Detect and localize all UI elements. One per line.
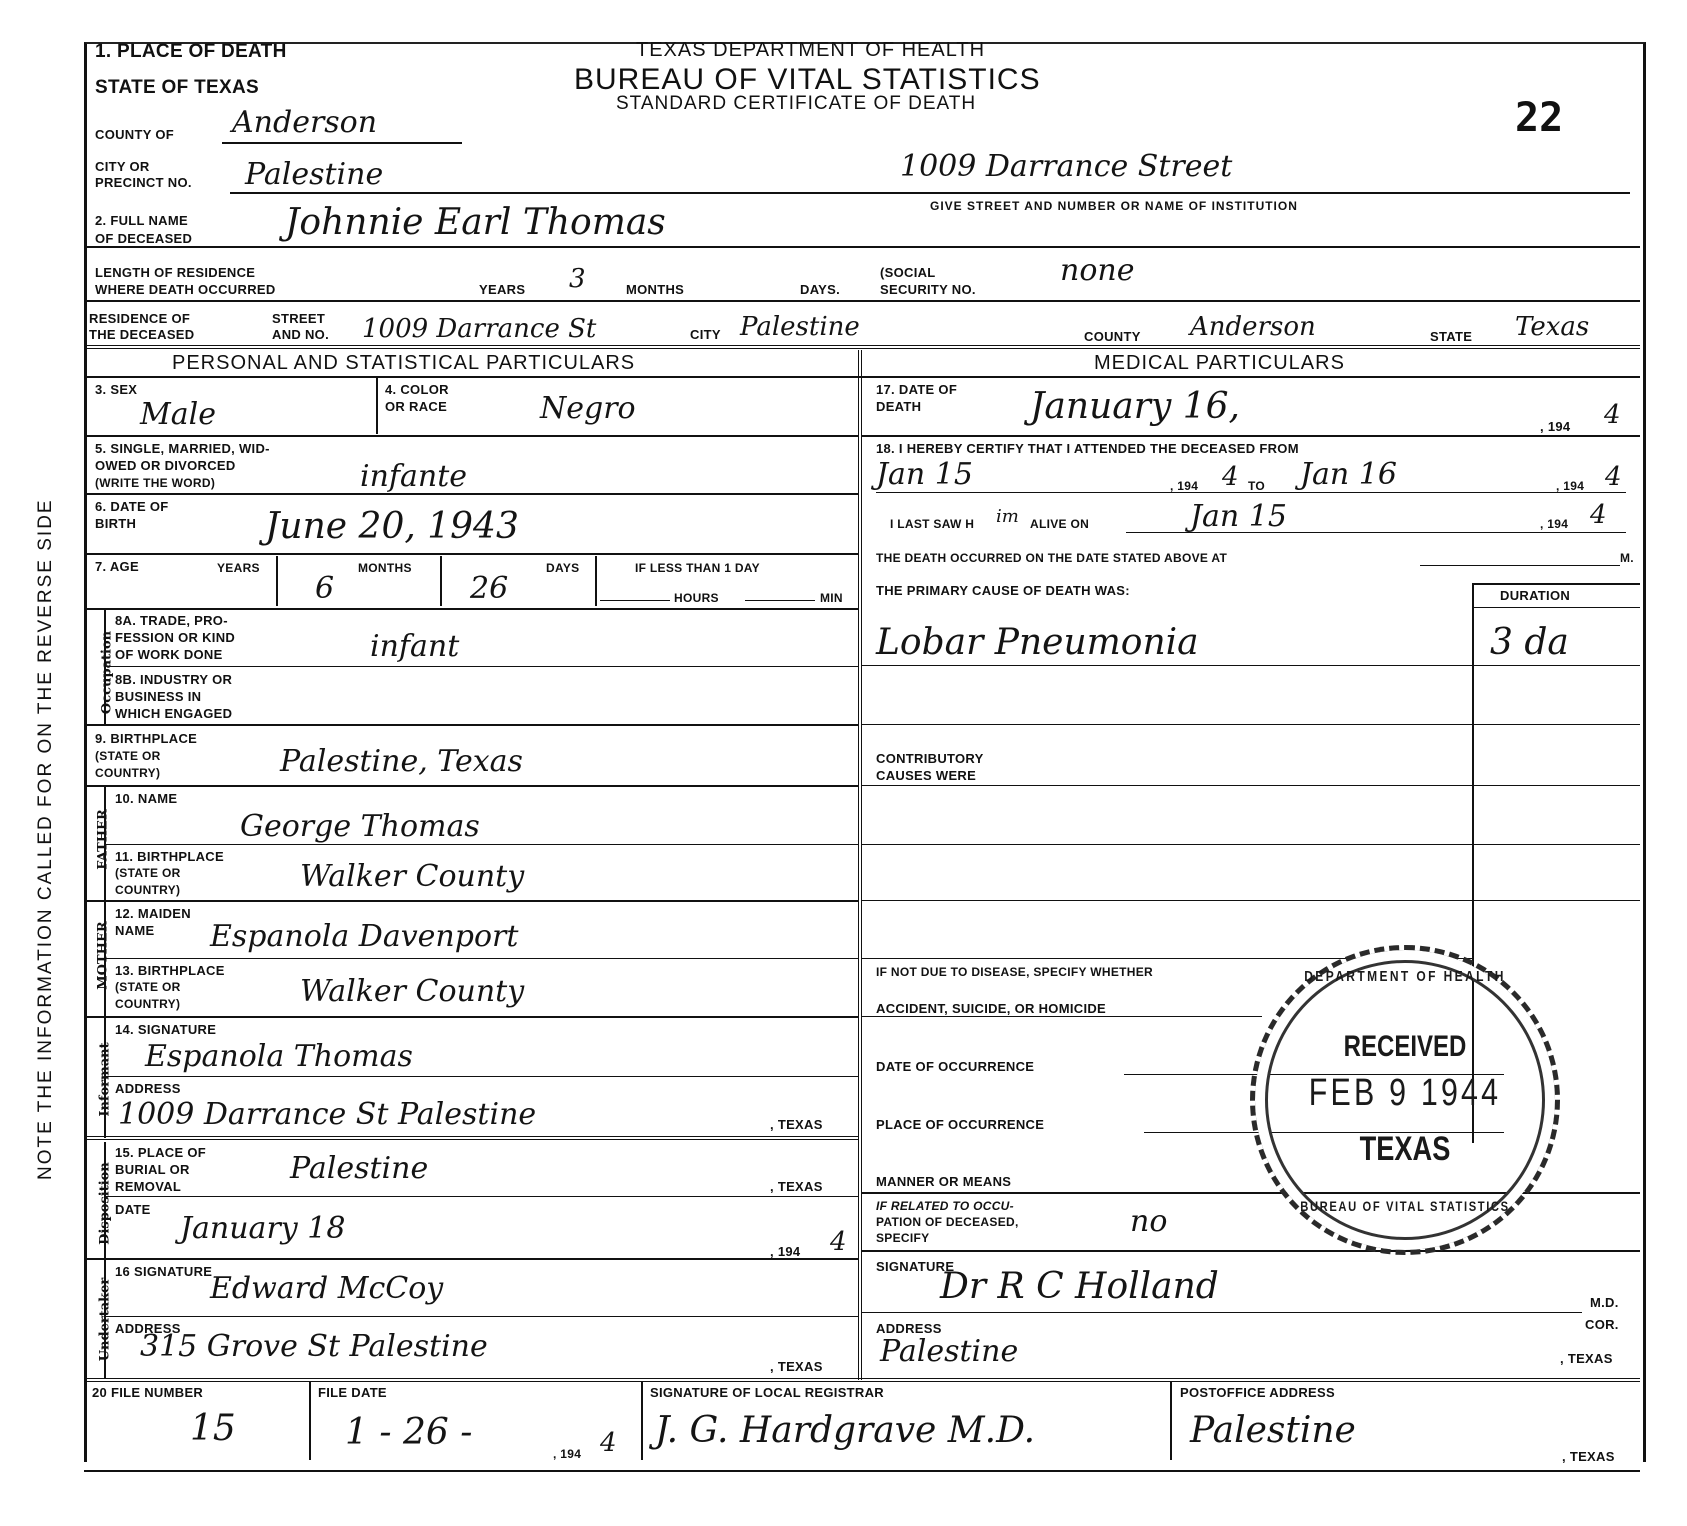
undertaker-signature-value[interactable]: Edward McCoy <box>210 1272 443 1306</box>
agency-title: TEXAS DEPARTMENT OF HEALTH <box>636 42 985 58</box>
stamp-date: FEB 9 1944 <box>1285 1072 1525 1115</box>
stamp-ring-top: DEPARTMENT OF HEALTH <box>1285 968 1525 985</box>
birthplace-label-2: (STATE OR <box>95 750 161 763</box>
age-min-label: MIN <box>820 592 843 605</box>
full-name-label-1: 2. FULL NAME <box>95 214 188 228</box>
stamp-received: RECEIVED <box>1285 1030 1525 1064</box>
age-months-value[interactable]: 6 <box>315 572 334 606</box>
stamp-state: TEXAS <box>1285 1130 1525 1169</box>
burial-date-value[interactable]: January 18 <box>180 1212 345 1246</box>
industry-label-2: BUSINESS IN <box>115 690 201 704</box>
cor-label: COR. <box>1585 1318 1619 1332</box>
industry-label-3: WHICH ENGAGED <box>115 707 232 721</box>
days-label: DAYS. <box>800 283 840 297</box>
personal-section-title: PERSONAL AND STATISTICAL PARTICULARS <box>172 352 635 375</box>
md-label: M.D. <box>1590 1296 1619 1310</box>
not-disease-label: IF NOT DUE TO DISEASE, SPECIFY WHETHER <box>876 966 1153 979</box>
attended-from-year-value[interactable]: 4 <box>1222 460 1239 494</box>
informant-texas-suffix: , TEXAS <box>770 1118 823 1132</box>
postoffice-label: POSTOFFICE ADDRESS <box>1180 1386 1335 1400</box>
registrar-signature-value[interactable]: J. G. Hardgrave M.D. <box>655 1414 1035 1448</box>
city-label-1: CITY OR <box>95 160 150 174</box>
street-caption: GIVE STREET AND NUMBER OR NAME OF INSTIT… <box>930 200 1298 213</box>
postoffice-texas-suffix: , TEXAS <box>1562 1450 1615 1464</box>
sex-label: 3. SEX <box>95 383 137 397</box>
certificate-number: 22 <box>1515 95 1563 141</box>
file-number-value[interactable]: 15 <box>190 1412 236 1446</box>
last-saw-year-prefix: , 194 <box>1540 518 1568 531</box>
stamp-ring-bottom: BUREAU OF VITAL STATISTICS <box>1285 1198 1525 1214</box>
death-date-value[interactable]: January 16, <box>1030 390 1240 424</box>
trade-value[interactable]: infant <box>370 630 459 664</box>
burial-year-value[interactable]: 4 <box>830 1225 847 1259</box>
industry-label-1: 8B. INDUSTRY OR <box>115 673 232 687</box>
file-date-value[interactable]: 1 - 26 - <box>345 1416 472 1450</box>
burial-label-1: 15. PLACE OF <box>115 1146 206 1160</box>
age-days-label: DAYS <box>546 562 579 575</box>
attended-to-value[interactable]: Jan 16 <box>1300 458 1397 492</box>
race-label-1: 4. COLOR <box>385 383 449 397</box>
medical-section-title: MEDICAL PARTICULARS <box>1094 352 1345 375</box>
occurrence-place-label: PLACE OF OCCURRENCE <box>876 1118 1044 1132</box>
age-days-value[interactable]: 26 <box>470 572 508 606</box>
full-name-label-2: OF DECEASED <box>95 232 192 246</box>
months-value[interactable]: 3 <box>569 262 586 296</box>
birthplace-label-3: COUNTRY) <box>95 767 160 780</box>
county-value[interactable]: Anderson <box>232 106 377 140</box>
father-birthplace-label-2: (STATE OR <box>115 867 181 880</box>
mother-maiden-label-2: NAME <box>115 924 154 938</box>
burial-year-prefix: , 194 <box>770 1245 800 1259</box>
informant-address-value[interactable]: 1009 Darrance St Palestine <box>118 1098 536 1132</box>
duration-label: DURATION <box>1500 589 1570 603</box>
dob-label-2: BIRTH <box>95 517 136 531</box>
occurrence-date-label: DATE OF OCCURRENCE <box>876 1060 1034 1074</box>
residence-length-label-1: LENGTH OF RESIDENCE <box>95 266 255 280</box>
last-saw-year-value[interactable]: 4 <box>1590 498 1607 532</box>
occupation-section-label: Occupation <box>100 628 115 718</box>
file-date-year-prefix: , 194 <box>553 1448 581 1461</box>
marital-value[interactable]: infante <box>360 460 467 494</box>
residence-label-2: THE DECEASED <box>89 328 194 342</box>
undertaker-signature-label: 16 SIGNATURE <box>115 1265 212 1279</box>
street-label-1: STREET <box>272 312 325 326</box>
mother-birthplace-label-2: (STATE OR <box>115 981 181 994</box>
burial-date-label: DATE <box>115 1203 151 1217</box>
death-street-value[interactable]: 1009 Darrance Street <box>900 150 1232 184</box>
received-stamp: DEPARTMENT OF HEALTH RECEIVED FEB 9 1944… <box>1250 945 1560 1255</box>
reverse-side-note: NOTE THE INFORMATION CALLED FOR ON THE R… <box>38 498 54 1180</box>
months-label: MONTHS <box>626 283 684 297</box>
contributory-label-2: CAUSES WERE <box>876 769 976 783</box>
manner-label: MANNER OR MEANS <box>876 1175 1011 1189</box>
physician-address-value[interactable]: Palestine <box>880 1335 1018 1369</box>
death-time-suffix: M. <box>1620 552 1634 565</box>
form-title: STANDARD CERTIFICATE OF DEATH <box>616 96 976 112</box>
street-label-2: AND NO. <box>272 328 329 342</box>
age-label: 7. AGE <box>95 560 139 574</box>
deceased-name-value[interactable]: Johnnie Earl Thomas <box>285 206 666 240</box>
county-of-label: COUNTY OF <box>95 128 174 142</box>
occupation-related-label-1: IF RELATED TO OCCU- <box>876 1200 1014 1213</box>
trade-label-1: 8A. TRADE, PRO- <box>115 614 228 628</box>
years-label: YEARS <box>479 283 525 297</box>
mother-maiden-value[interactable]: Espanola Davenport <box>210 920 518 954</box>
primary-cause-value[interactable]: Lobar Pneumonia <box>876 626 1199 660</box>
death-time-label: THE DEATH OCCURRED ON THE DATE STATED AB… <box>876 552 1227 565</box>
residence-state-label: STATE <box>1430 330 1472 344</box>
trade-label-3: OF WORK DONE <box>115 648 223 662</box>
burial-place-value[interactable]: Palestine <box>290 1152 428 1186</box>
ssn-label-1: (SOCIAL <box>880 266 936 280</box>
ssn-value[interactable]: none <box>1060 254 1134 288</box>
ssn-label-2: SECURITY NO. <box>880 283 976 297</box>
burial-label-3: REMOVAL <box>115 1180 181 1194</box>
postoffice-value[interactable]: Palestine <box>1190 1414 1356 1448</box>
residence-county-label: COUNTY <box>1084 330 1141 344</box>
age-months-label: MONTHS <box>358 562 412 575</box>
residence-state-value[interactable]: Texas <box>1515 310 1589 344</box>
city-label-2: PRECINCT NO. <box>95 176 192 190</box>
file-number-label: 20 FILE NUMBER <box>92 1386 203 1400</box>
bureau-title: BUREAU OF VITAL STATISTICS <box>574 64 1041 96</box>
mother-birthplace-label-1: 13. BIRTHPLACE <box>115 964 225 978</box>
city-value[interactable]: Palestine <box>245 158 383 192</box>
mother-birthplace-label-3: COUNTRY) <box>115 998 180 1011</box>
father-birthplace-value[interactable]: Walker County <box>300 860 524 894</box>
residence-city-label: CITY <box>690 328 721 342</box>
death-year-value[interactable]: 4 <box>1604 398 1621 432</box>
contributory-label-1: CONTRIBUTORY <box>876 752 984 766</box>
burial-texas-suffix: , TEXAS <box>770 1180 823 1194</box>
father-name-label: 10. NAME <box>115 792 177 806</box>
father-name-value[interactable]: George Thomas <box>240 810 480 844</box>
occupation-related-value[interactable]: no <box>1130 1205 1167 1239</box>
undertaker-address-value[interactable]: 315 Grove St Palestine <box>140 1330 488 1364</box>
age-less-day-label: IF LESS THAN 1 DAY <box>635 562 760 575</box>
residence-county-value[interactable]: Anderson <box>1190 310 1316 344</box>
attended-from-value[interactable]: Jan 15 <box>876 458 973 492</box>
race-label-2: OR RACE <box>385 400 447 414</box>
trade-label-2: FESSION OR KIND <box>115 631 235 645</box>
marital-label-1: 5. SINGLE, MARRIED, WID- <box>95 442 270 456</box>
attended-to-year-value[interactable]: 4 <box>1605 460 1622 494</box>
certify-label: 18. I HEREBY CERTIFY THAT I ATTENDED THE… <box>876 442 1299 456</box>
father-birthplace-label-3: COUNTRY) <box>115 884 180 897</box>
father-birthplace-label-1: 11. BIRTHPLACE <box>115 850 224 864</box>
informant-signature-label: 14. SIGNATURE <box>115 1023 216 1037</box>
burial-label-2: BURIAL OR <box>115 1163 190 1177</box>
death-date-label-1: 17. DATE OF <box>876 383 957 397</box>
place-of-death-label: 1. PLACE OF DEATH <box>95 42 287 62</box>
birthplace-label-1: 9. BIRTHPLACE <box>95 732 197 746</box>
age-hours-label: HOURS <box>674 592 719 605</box>
marital-label-2: OWED OR DIVORCED <box>95 459 236 473</box>
death-date-label-2: DEATH <box>876 400 921 414</box>
primary-cause-label: THE PRIMARY CAUSE OF DEATH WAS: <box>876 584 1130 598</box>
residence-street-value[interactable]: 1009 Darrance St <box>362 312 596 346</box>
last-saw-value[interactable]: Jan 15 <box>1190 500 1287 534</box>
birthplace-value[interactable]: Palestine, Texas <box>280 745 523 779</box>
mother-maiden-label-1: 12. MAIDEN <box>115 907 191 921</box>
mother-section-label: MOTHER <box>96 911 111 1001</box>
informant-signature-value[interactable]: Espanola Thomas <box>145 1040 413 1074</box>
primary-cause-duration[interactable]: 3 da <box>1490 626 1569 660</box>
mother-birthplace-value[interactable]: Walker County <box>300 975 524 1009</box>
last-saw-pronoun[interactable]: im <box>996 500 1019 534</box>
undertaker-texas-suffix: , TEXAS <box>770 1360 823 1374</box>
state-of-texas-label: STATE OF TEXAS <box>95 78 259 98</box>
file-date-year-value[interactable]: 4 <box>600 1426 617 1460</box>
father-section-label: FATHER <box>96 795 111 885</box>
file-date-label: FILE DATE <box>318 1386 387 1400</box>
accident-label: ACCIDENT, SUICIDE, OR HOMICIDE <box>876 1002 1106 1016</box>
sex-value[interactable]: Male <box>140 398 216 432</box>
occupation-related-label-3: SPECIFY <box>876 1232 929 1245</box>
race-value[interactable]: Negro <box>540 392 636 426</box>
last-saw-label-1: I LAST SAW H <box>890 518 974 531</box>
residence-city-value[interactable]: Palestine <box>740 310 860 344</box>
residence-length-label-2: WHERE DEATH OCCURRED <box>95 283 276 297</box>
death-year-prefix: , 194 <box>1540 420 1570 434</box>
residence-label-1: RESIDENCE OF <box>89 312 190 326</box>
dob-value[interactable]: June 20, 1943 <box>265 510 519 544</box>
dob-label-1: 6. DATE OF <box>95 500 169 514</box>
physician-signature-value[interactable]: Dr R C Holland <box>940 1270 1219 1304</box>
occupation-related-label-2: PATION OF DECEASED, <box>876 1216 1019 1229</box>
age-years-label: YEARS <box>217 562 260 575</box>
last-saw-label-2: ALIVE ON <box>1030 518 1089 531</box>
informant-address-label: ADDRESS <box>115 1082 181 1096</box>
physician-texas-suffix: , TEXAS <box>1560 1352 1613 1366</box>
marital-label-3: (WRITE THE WORD) <box>95 477 215 490</box>
registrar-signature-label: SIGNATURE OF LOCAL REGISTRAR <box>650 1386 884 1400</box>
